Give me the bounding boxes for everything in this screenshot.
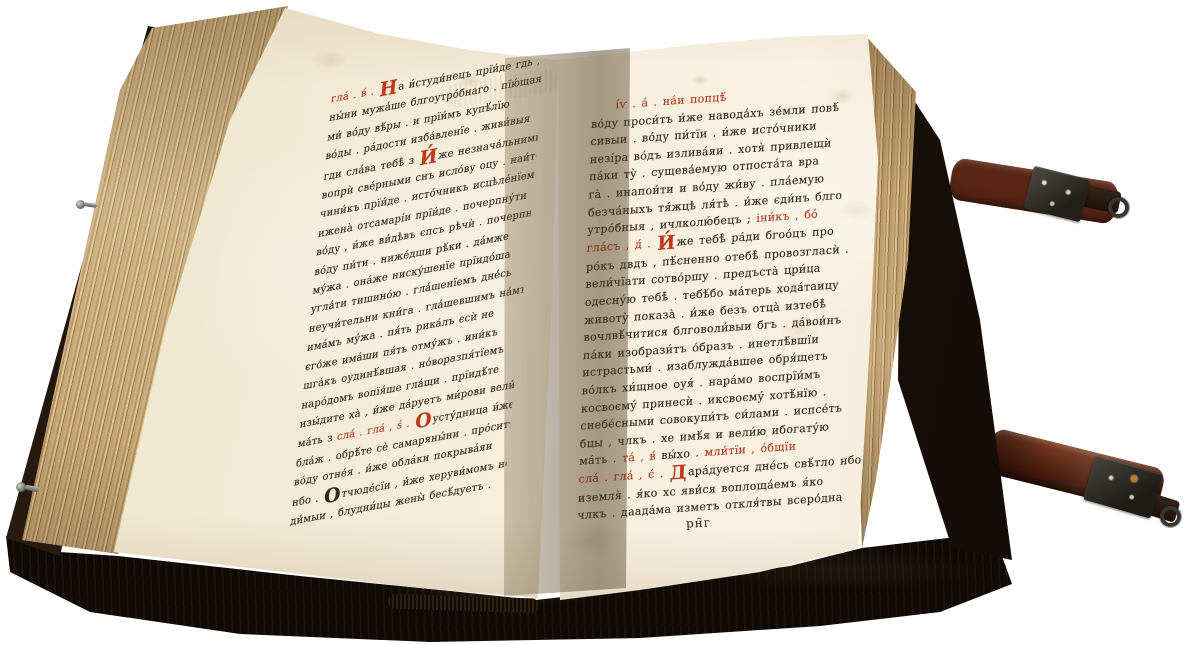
top-clasp-ring (1108, 197, 1129, 218)
body-text: нбо . (292, 492, 324, 509)
top-clasp-pin-stem (84, 202, 97, 208)
photograph-open-antique-book: гла́ . в́ . На и́студи́нецъ прїи́де гдь … (0, 0, 1200, 645)
illuminated-initial: И́ (656, 231, 677, 255)
bottom-clasp-metal-plate (1083, 455, 1163, 519)
bottom-clasp-ring (1160, 506, 1181, 527)
top-clasp-metal-plate (1024, 166, 1091, 223)
illuminated-initial: Д (669, 461, 689, 484)
page-number: рн̃г (686, 515, 712, 530)
body-text: вы́хо . (656, 446, 705, 462)
body-text: ма́ть з (297, 432, 337, 451)
rubric-text: іни́къ , бо́ (756, 208, 818, 225)
